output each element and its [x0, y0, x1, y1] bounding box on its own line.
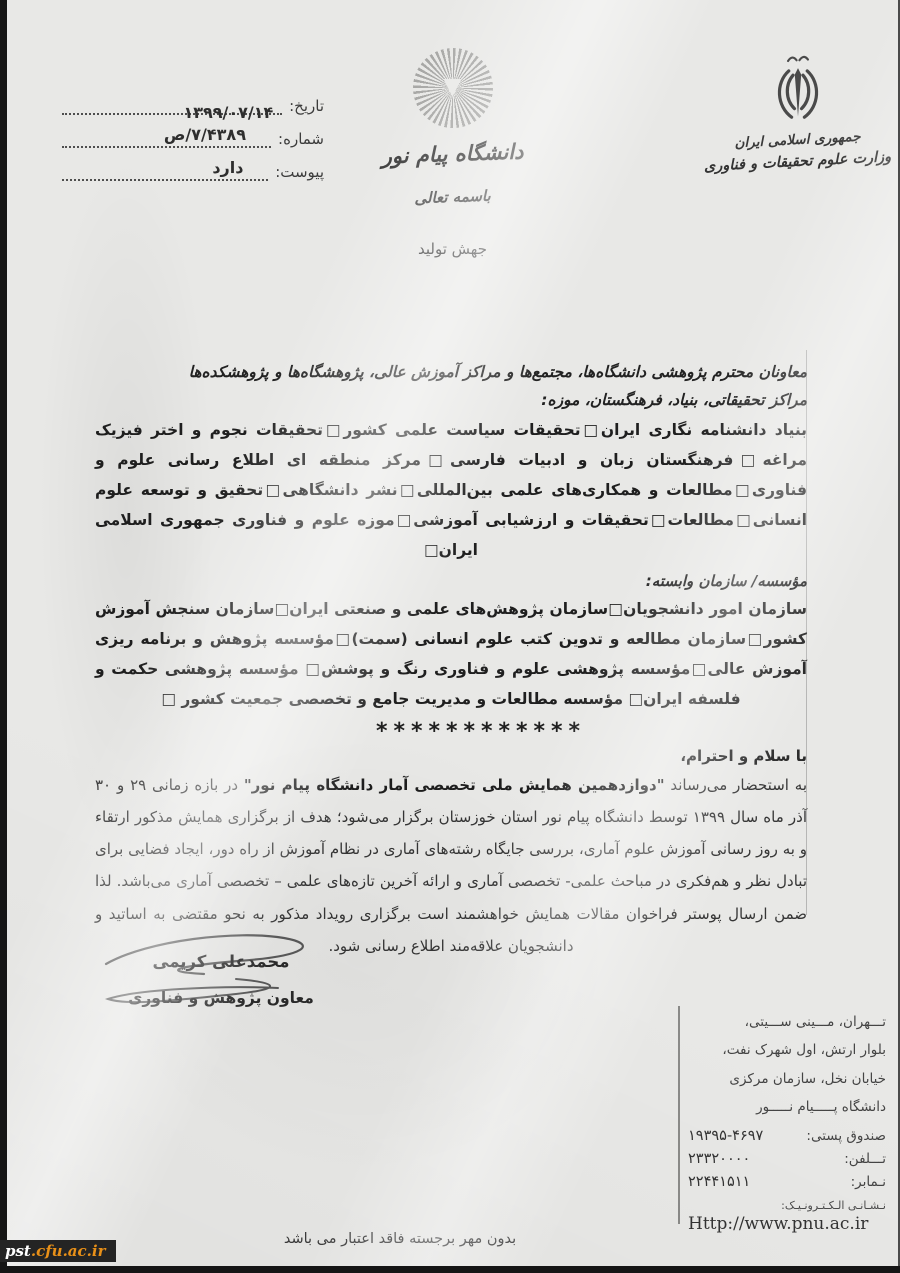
address-line: بلوار ارتش، اول شهرک نفت، — [688, 1036, 886, 1064]
watermark-pst: pst — [5, 1242, 31, 1260]
date-label: تاریخ: — [289, 97, 324, 115]
affiliated-paragraph: سازمان امور دانشجویان□سازمان پژوهش‌های ع… — [95, 594, 807, 715]
university-header: دانشگاه پیام نور باسمه تعالی جهش تولید — [360, 48, 545, 258]
attachment-field: پیوست: دارد — [62, 148, 324, 181]
affiliated-heading: مؤسسه/ سازمان وابسته: — [95, 572, 807, 590]
attachment-value: دارد — [212, 158, 243, 177]
email-label: نـشـانـی الـکـتـرونـیـک: — [688, 1199, 886, 1212]
scan-edge-bottom — [0, 1266, 900, 1273]
address-line: تـــهران، مـــینی ســـیتی، — [688, 1008, 886, 1036]
phone-label: تـــلفن: — [844, 1151, 886, 1167]
university-name: دانشگاه پیام نور — [360, 139, 546, 169]
fax-row: نـمابر: ۲۲۴۴۱۵۱۱ — [688, 1174, 886, 1190]
republic-title: جمهوری اسلامی ایران — [700, 127, 896, 153]
watermark-domain: .cfu.ac.ir — [31, 1242, 106, 1260]
pobox-row: صندوق پستی: ۱۹۳۹۵-۴۶۹۷ — [688, 1128, 886, 1144]
date-field: تاریخ: ۱۳۹۹/۰۷/۱۴ — [62, 82, 324, 115]
body-rest: در بازه زمانی ۲۹ و ۳۰ آذر ماه سال ۱۳۹۹ ت… — [95, 776, 807, 955]
signature-scribble-icon — [86, 924, 346, 1024]
scanned-letter-page: تاریخ: ۱۳۹۹/۰۷/۱۴ شماره: ۷/۴۳۸۹/ص پیوست:… — [0, 0, 900, 1273]
signatory-title: معاون پژوهش و فناوری — [86, 989, 356, 1007]
pnu-sunburst-logo-icon — [413, 48, 493, 128]
ministry-title: وزارت علوم تحقیقات و فناوری — [700, 149, 896, 175]
watermark-badge: pst.cfu.ac.ir — [0, 1240, 116, 1262]
body-prefix: به استحضار می‌رساند — [665, 776, 807, 794]
date-dotted-leader: ۱۳۹۹/۰۷/۱۴ — [62, 93, 282, 115]
scan-crease-line — [806, 350, 807, 915]
address-line: خیابان نخل، سازمان مرکزی — [688, 1065, 886, 1093]
pobox-value: ۱۹۳۹۵-۴۶۹۷ — [688, 1128, 763, 1144]
attachment-label: پیوست: — [275, 163, 324, 181]
separator-asterisks: ************ — [125, 721, 837, 743]
phone-row: تـــلفن: ۲۳۳۲۰۰۰۰ — [688, 1151, 886, 1167]
address-line: دانشگاه پـــــیام نـــــور — [688, 1093, 886, 1121]
fax-label: نـمابر: — [851, 1174, 886, 1190]
phone-value: ۲۳۳۲۰۰۰۰ — [688, 1151, 750, 1167]
national-header: جمهوری اسلامی ایران وزارت علوم تحقیقات و… — [700, 52, 895, 170]
addressee-subheading: مراکز تحقیقاتی، بنیاد، فرهنگستان، موزه: — [95, 391, 807, 409]
conference-title: "دوازدهمین همایش ملی تخصصی آمار دانشگاه … — [244, 776, 665, 794]
signature-block: محمدعلی کریمی معاون پژوهش و فناوری — [86, 930, 356, 1007]
iran-emblem-icon — [700, 52, 895, 124]
salutation: با سلام و احترام، — [95, 747, 807, 765]
basmala: باسمه تعالی — [360, 185, 546, 209]
year-slogan: جهش تولید — [360, 240, 545, 258]
website-url: Http://www.pnu.ac.ir — [688, 1214, 886, 1234]
attachment-dotted-leader: دارد — [62, 159, 268, 181]
pobox-label: صندوق پستی: — [806, 1128, 886, 1144]
fax-value: ۲۲۴۴۱۵۱۱ — [688, 1174, 750, 1190]
letter-body: معاونان محترم پژوهشی دانشگاه‌ها، مجتمع‌ه… — [95, 356, 807, 962]
contact-divider-line — [678, 1006, 680, 1224]
signatory-name: محمدعلی کریمی — [86, 952, 356, 971]
scan-edge-left — [0, 0, 7, 1273]
number-dotted-leader: ۷/۴۳۸۹/ص — [62, 126, 271, 148]
reference-block: تاریخ: ۱۳۹۹/۰۷/۱۴ شماره: ۷/۴۳۸۹/ص پیوست:… — [62, 82, 324, 181]
number-value: ۷/۴۳۸۹/ص — [164, 125, 246, 144]
footer-note: بدون مهر برجسته فاقد اعتبار می باشد — [220, 1231, 580, 1247]
number-label: شماره: — [278, 130, 324, 148]
addressee-heading: معاونان محترم پژوهشی دانشگاه‌ها، مجتمع‌ه… — [95, 356, 807, 389]
centers-paragraph: بنیاد دانشنامه نگاری ایران□تحقیقات سیاست… — [95, 415, 807, 566]
date-value: ۱۳۹۹/۰۷/۱۴ — [183, 103, 273, 122]
contact-panel: تـــهران، مـــینی ســـیتی، بلوار ارتش، ا… — [688, 1008, 886, 1234]
